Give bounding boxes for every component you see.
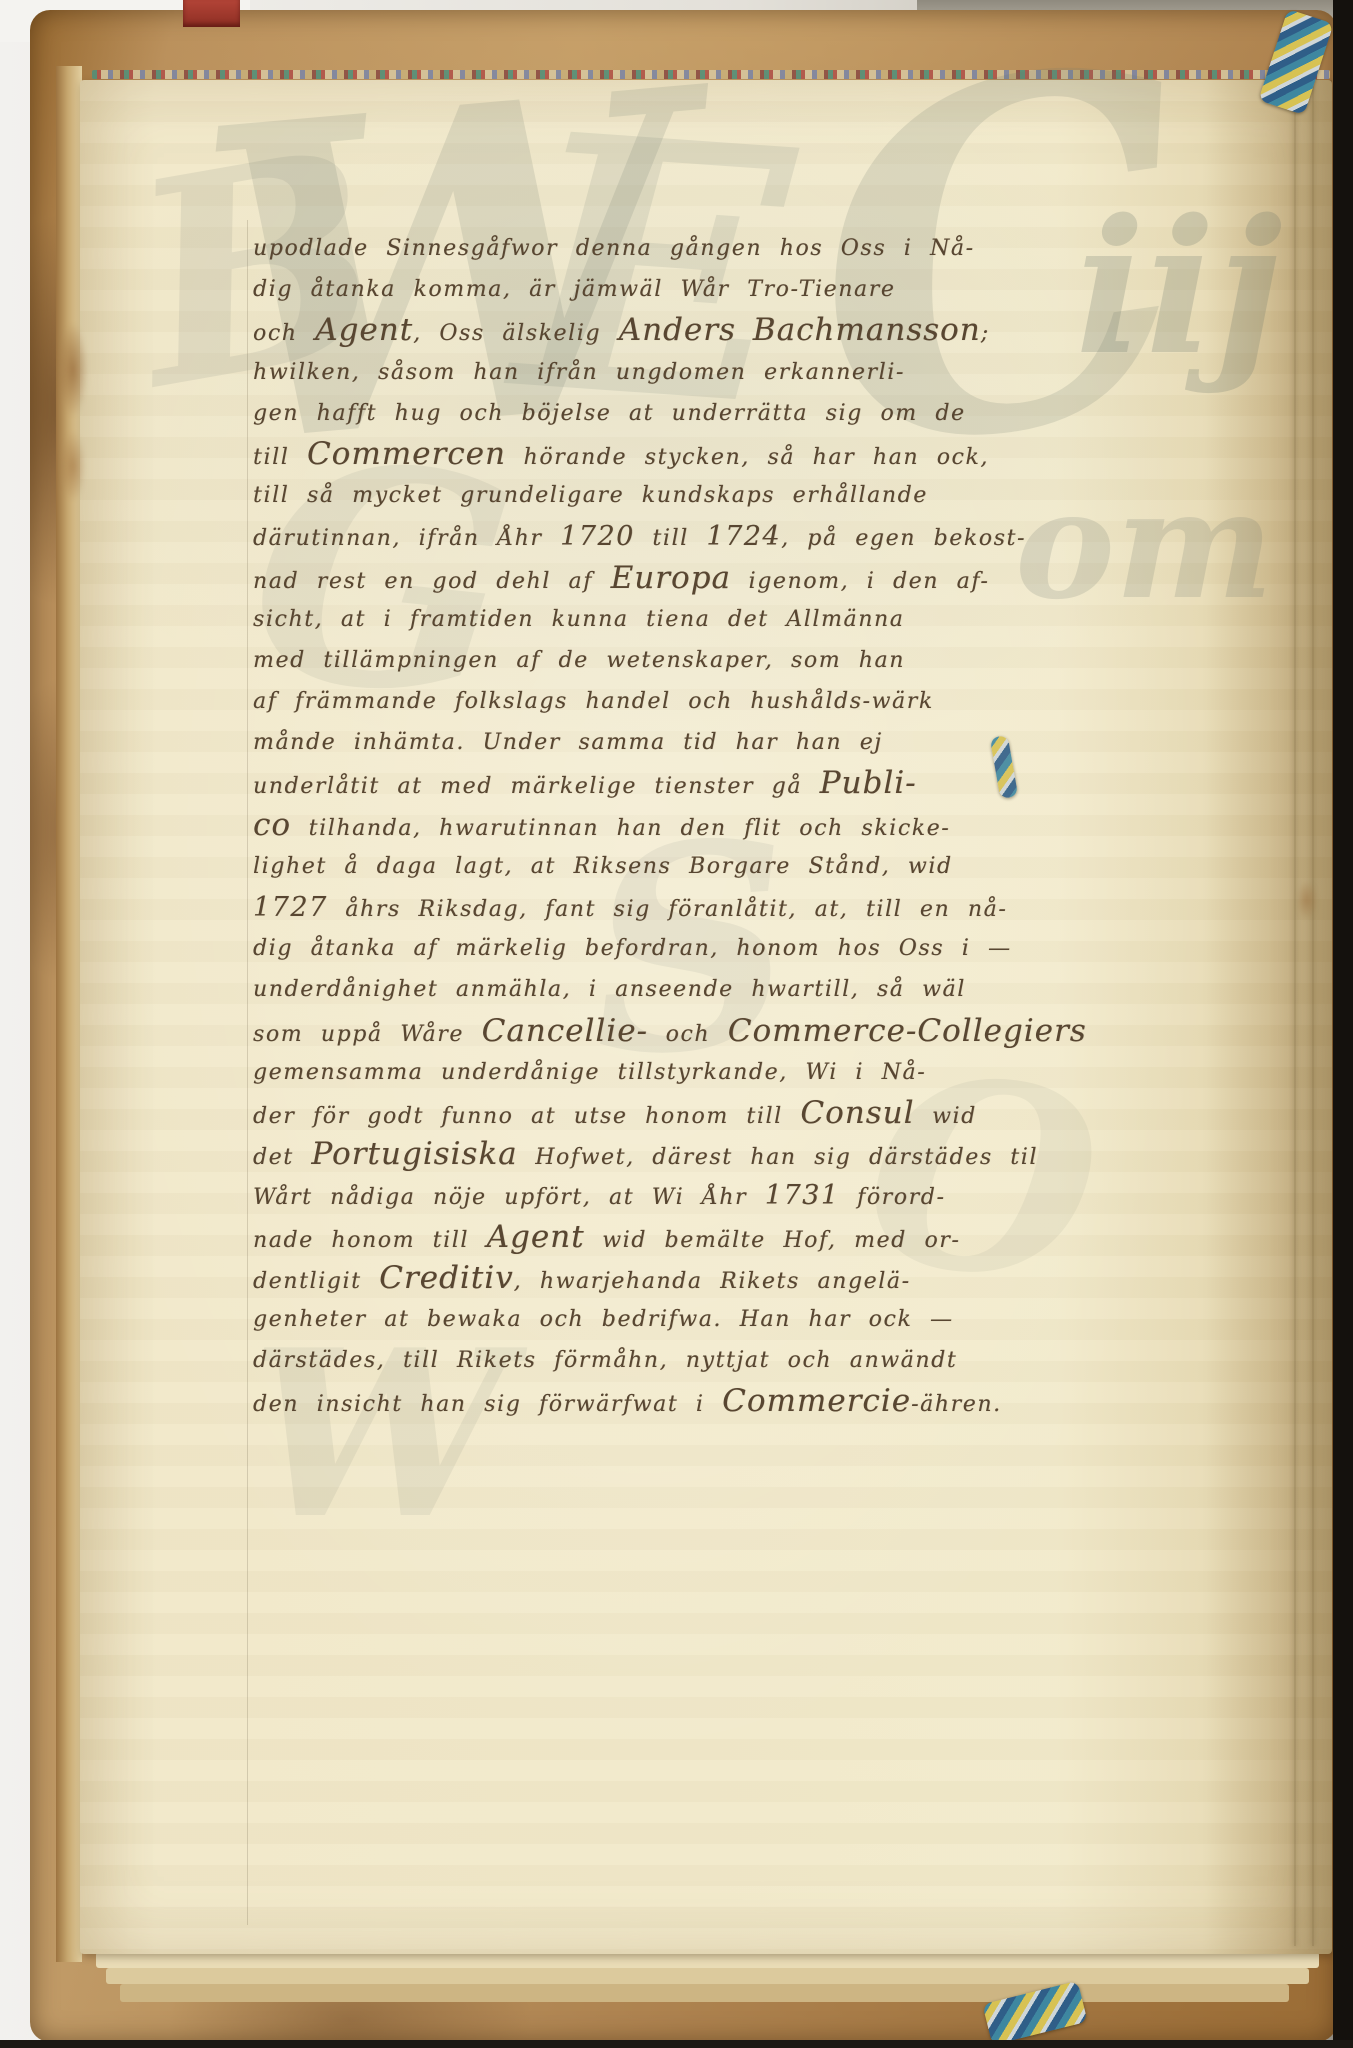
manuscript-text-segment: der för godt funno at utse honom till bbox=[253, 1104, 800, 1129]
manuscript-text-segment: lighet å daga lagt, at Riksens Borgare S… bbox=[253, 854, 953, 879]
manuscript-text-segment: , hwarjehanda Rikets angelä- bbox=[514, 1269, 911, 1294]
manuscript-line: den insicht han sig förwärfwat i Commerc… bbox=[253, 1381, 1213, 1422]
manuscript-text-segment: till så mycket grundeligare kundskaps er… bbox=[253, 483, 928, 508]
manuscript-line: gen hafft hug och böjelse at underrätta … bbox=[253, 393, 1213, 434]
manuscript-line: upodlade Sinnesgåfwor denna gången hos O… bbox=[253, 228, 1213, 269]
scan-edge-bottom bbox=[0, 2040, 1353, 2048]
manuscript-text-segment: underdånighet anmähla, i anseende hwarti… bbox=[253, 977, 966, 1002]
manuscript-text-segment: underlåtit at med märkelige tienster gå bbox=[253, 774, 820, 799]
manuscript-text-segment: 1727 bbox=[253, 892, 328, 923]
manuscript-text-segment: som uppå Wåre bbox=[253, 1022, 482, 1047]
manuscript-text-segment: 1731 bbox=[765, 1180, 840, 1211]
manuscript-text-segment: nad rest en god dehl af bbox=[253, 569, 611, 594]
manuscript-line: der för godt funno at utse honom till Co… bbox=[253, 1093, 1213, 1134]
manuscript-text-segment: wid bbox=[914, 1104, 976, 1129]
manuscript-text-segment: Publi- bbox=[820, 765, 917, 801]
manuscript-text-segment: , Oss älskelig bbox=[413, 321, 619, 346]
manuscript-line: som uppå Wåre Cancellie- och Commerce-Co… bbox=[253, 1011, 1213, 1052]
manuscript-text-segment: till bbox=[253, 445, 307, 470]
marbled-edge-strip bbox=[92, 70, 1330, 79]
manuscript-text-segment: Agent bbox=[315, 312, 413, 348]
manuscript-text-segment: därutinnan, ifrån Åhr bbox=[253, 526, 560, 551]
red-spine-label bbox=[183, 0, 240, 27]
manuscript-line: af främmande folkslags handel och hushål… bbox=[253, 681, 1213, 722]
manuscript-text-segment: ; bbox=[981, 321, 990, 346]
manuscript-text-segment: Commercie bbox=[722, 1383, 911, 1419]
manuscript-line: till Commercen hörande stycken, så har h… bbox=[253, 434, 1213, 475]
manuscript-line: nad rest en god dehl af Europa igenom, i… bbox=[253, 558, 1213, 599]
manuscript-line: därstädes, till Rikets förmåhn, nyttjat … bbox=[253, 1340, 1213, 1381]
manuscript-text-segment: hörande stycken, så har han ock, bbox=[506, 445, 989, 470]
stain-blotch bbox=[1296, 880, 1318, 920]
manuscript-text-segment: Consul bbox=[800, 1095, 914, 1131]
scan-edge-right bbox=[1333, 0, 1353, 2048]
manuscript-text-segment: nade honom till bbox=[253, 1228, 487, 1253]
manuscript-text-segment: och bbox=[253, 321, 315, 346]
manuscript-line: hwilken, såsom han ifrån ungdomen erkann… bbox=[253, 352, 1213, 393]
manuscript-text-segment: genheter at bewaka och bedrifwa. Han har… bbox=[253, 1307, 954, 1332]
manuscript-text-segment: med tillämpningen af de wetenskaper, som… bbox=[253, 648, 905, 673]
gutter-crease bbox=[1312, 86, 1314, 1946]
manuscript-text-segment: 1720 bbox=[560, 521, 635, 552]
stain-blotch bbox=[58, 322, 88, 418]
manuscript-text-segment: åhrs Riksdag, fant sig föranlåtit, at, t… bbox=[328, 897, 1008, 922]
manuscript-text-segment: månde inhämta. Under samma tid har han e… bbox=[253, 730, 883, 755]
manuscript-text-segment: wid bemälte Hof, med or- bbox=[585, 1228, 961, 1253]
manuscript-text-segment: till bbox=[635, 526, 707, 551]
manuscript-text-segment: af främmande folkslags handel och hushål… bbox=[253, 689, 934, 714]
manuscript-text-segment: dentligit bbox=[253, 1269, 379, 1294]
manuscript-text-segment: co bbox=[253, 807, 291, 843]
manuscript-line: co tilhanda, hwarutinnan han den flit oc… bbox=[253, 805, 1213, 846]
manuscript-text-segment: gemensamma underdånige tillstyrkande, Wi… bbox=[253, 1060, 926, 1085]
page-edge-stack-bottom bbox=[120, 1984, 1289, 2002]
manuscript-text-segment: hwilken, såsom han ifrån ungdomen erkann… bbox=[253, 360, 905, 385]
manuscript-text-segment: Portugisiska bbox=[311, 1136, 517, 1172]
scanned-book-page: WECiijomGSWOB upodlade Sinnesgåfwor denn… bbox=[0, 0, 1353, 2048]
manuscript-text-segment: Europa bbox=[611, 560, 731, 596]
manuscript-text-segment: det bbox=[253, 1145, 311, 1170]
manuscript-text-segment: tilhanda, hwarutinnan han den flit och s… bbox=[291, 816, 950, 841]
manuscript-text-segment: Agent bbox=[487, 1219, 585, 1255]
manuscript-text-segment: dig åtanka af märkelig befordran, honom … bbox=[253, 936, 1012, 961]
manuscript-line: lighet å daga lagt, at Riksens Borgare S… bbox=[253, 846, 1213, 887]
manuscript-text-segment: Wårt nådiga nöje upfört, at Wi Åhr bbox=[253, 1185, 765, 1210]
manuscript-text-segment: Commercen bbox=[307, 436, 506, 472]
margin-guideline bbox=[247, 220, 248, 1925]
manuscript-text-segment: Creditiv bbox=[379, 1260, 514, 1296]
manuscript-text-segment: sicht, at i framtiden kunna tiena det Al… bbox=[253, 607, 904, 632]
manuscript-text-segment: den insicht han sig förwärfwat i bbox=[253, 1392, 722, 1417]
gutter-crease bbox=[1294, 86, 1296, 1946]
manuscript-line: dentligit Creditiv, hwarjehanda Rikets a… bbox=[253, 1258, 1213, 1299]
stain-blotch bbox=[60, 430, 86, 502]
manuscript-text-segment: gen hafft hug och böjelse at underrätta … bbox=[253, 401, 966, 426]
page-edge-stack-bottom bbox=[96, 1952, 1319, 1968]
manuscript-line: och Agent, Oss älskelig Anders Bachmanss… bbox=[253, 310, 1213, 351]
manuscript-line: dig åtanka af märkelig befordran, honom … bbox=[253, 928, 1213, 969]
manuscript-text-segment: förord- bbox=[840, 1185, 946, 1210]
manuscript-text-segment: upodlade Sinnesgåfwor denna gången hos O… bbox=[253, 236, 975, 261]
manuscript-text-segment: Commerce-Collegiers bbox=[728, 1013, 1087, 1049]
manuscript-line: sicht, at i framtiden kunna tiena det Al… bbox=[253, 599, 1213, 640]
manuscript-line: månde inhämta. Under samma tid har han e… bbox=[253, 722, 1213, 763]
manuscript-text-segment: Anders Bachmansson bbox=[619, 312, 981, 348]
manuscript-text-segment: dig åtanka komma, är jämwäl Wår Tro-Tien… bbox=[253, 277, 895, 302]
manuscript-line: det Portugisiska Hofwet, därest han sig … bbox=[253, 1134, 1213, 1175]
manuscript-text-segment: Hofwet, därest han sig därstädes til bbox=[518, 1145, 1038, 1170]
manuscript-line: underdånighet anmähla, i anseende hwarti… bbox=[253, 969, 1213, 1010]
manuscript-line: med tillämpningen af de wetenskaper, som… bbox=[253, 640, 1213, 681]
manuscript-text: upodlade Sinnesgåfwor denna gången hos O… bbox=[253, 228, 1213, 1422]
manuscript-text-segment: och bbox=[648, 1022, 728, 1047]
manuscript-line: Wårt nådiga nöje upfört, at Wi Åhr 1731 … bbox=[253, 1175, 1213, 1216]
manuscript-line: därutinnan, ifrån Åhr 1720 till 1724, på… bbox=[253, 516, 1213, 557]
manuscript-text-segment: , på egen bekost- bbox=[781, 526, 1026, 551]
manuscript-line: nade honom till Agent wid bemälte Hof, m… bbox=[253, 1217, 1213, 1258]
manuscript-text-segment: igenom, i den af- bbox=[731, 569, 989, 594]
manuscript-line: till så mycket grundeligare kundskaps er… bbox=[253, 475, 1213, 516]
manuscript-line: underlåtit at med märkelige tienster gå … bbox=[253, 763, 1213, 804]
manuscript-text-segment: -ähren. bbox=[911, 1392, 1002, 1417]
manuscript-text-segment: därstädes, till Rikets förmåhn, nyttjat … bbox=[253, 1348, 957, 1373]
manuscript-line: gemensamma underdånige tillstyrkande, Wi… bbox=[253, 1052, 1213, 1093]
manuscript-line: 1727 åhrs Riksdag, fant sig föranlåtit, … bbox=[253, 887, 1213, 928]
manuscript-text-segment: Cancellie- bbox=[482, 1013, 648, 1049]
manuscript-text-segment: 1724 bbox=[706, 521, 781, 552]
manuscript-line: genheter at bewaka och bedrifwa. Han har… bbox=[253, 1299, 1213, 1340]
page-edge-stack-bottom bbox=[106, 1968, 1309, 1984]
manuscript-line: dig åtanka komma, är jämwäl Wår Tro-Tien… bbox=[253, 269, 1213, 310]
